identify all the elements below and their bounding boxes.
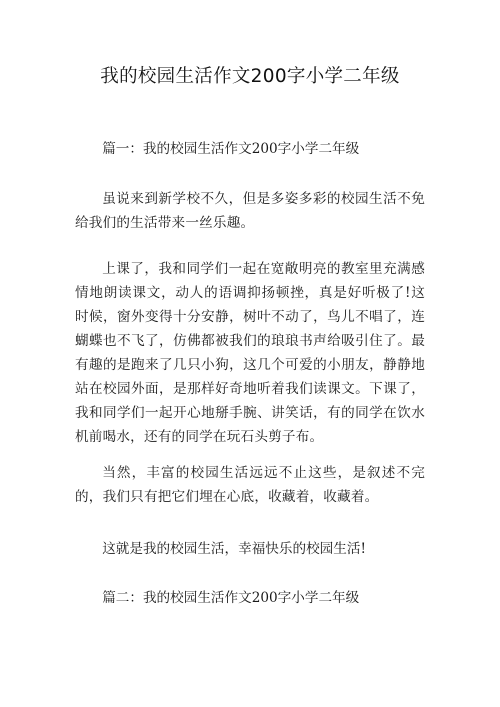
paragraph-2: 上课了，我和同学们一起在宽敞明亮的教室里充满感情地朗读课文，动人的语调抑扬顿挫，… <box>75 257 425 449</box>
section-heading-1: 篇一：我的校园生活作文200字小学二年级 <box>75 137 425 161</box>
paragraph-1: 虽说来到新学校不久，但是多姿多彩的校园生活不免给我们的生活带来一丝乐趣。 <box>75 187 425 235</box>
paragraph-3: 当然，丰富的校园生活远远不止这些，是叙述不完的，我们只有把它们埋在心底，收藏着，… <box>75 461 425 509</box>
paragraph-4: 这就是我的校园生活，幸福快乐的校园生活! <box>75 537 425 561</box>
document-title: 我的校园生活作文200字小学二年级 <box>0 62 500 88</box>
section-heading-2: 篇二：我的校园生活作文200字小学二年级 <box>75 586 425 610</box>
